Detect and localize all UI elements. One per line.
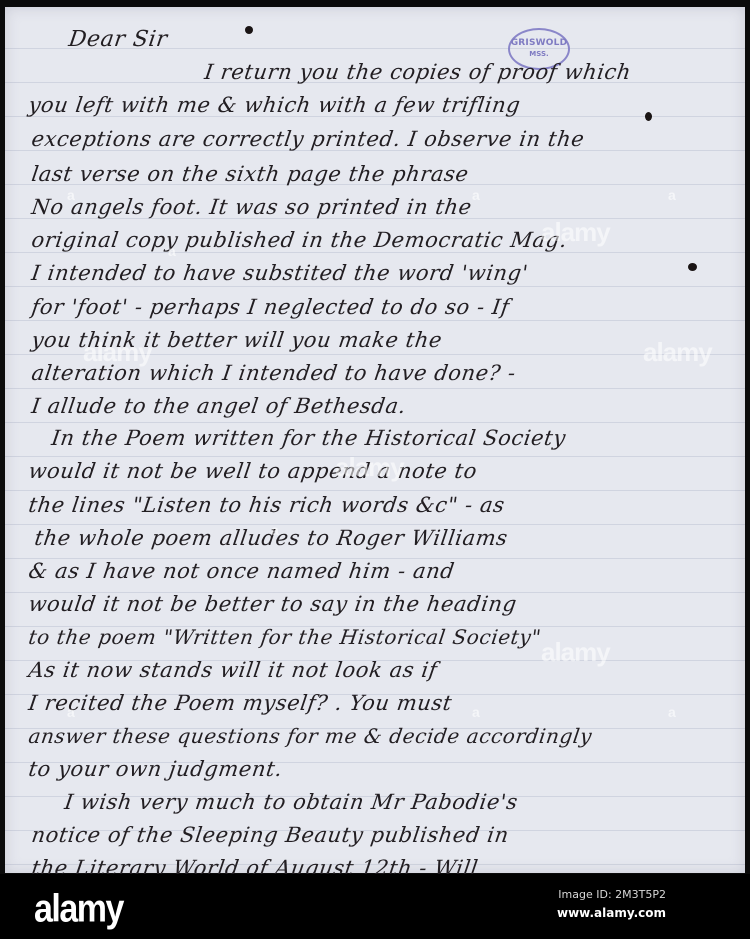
watermark-a: a bbox=[67, 187, 75, 203]
letter-line: answer these questions for me & decide a… bbox=[27, 724, 594, 748]
alamy-logo: alamy bbox=[34, 887, 123, 932]
watermark-a: a bbox=[271, 522, 279, 538]
letter-line: last verse on the sixth page the phrase bbox=[30, 162, 470, 186]
letter-line: I allude to the angel of Bethesda. bbox=[30, 394, 408, 418]
letter-line: I recited the Poem myself? . You must bbox=[27, 691, 454, 715]
letter-line: In the Poem written for the Historical S… bbox=[50, 426, 567, 450]
letter-page: GRISWOLD MSS. Dear Sir I return you the … bbox=[5, 7, 745, 873]
letter-line: you left with me & which with a few trif… bbox=[27, 93, 522, 117]
letter-line: No angels foot. It was so printed in the bbox=[30, 195, 473, 219]
letter-line: I return you the copies of proof which bbox=[203, 60, 633, 84]
watermark-alamy: alamy bbox=[643, 337, 712, 368]
letter-line: to your own judgment. bbox=[27, 757, 284, 781]
website-link[interactable]: www.alamy.com bbox=[557, 906, 666, 920]
letter-line: & as I have not once named him - and bbox=[27, 559, 456, 583]
watermark-a: a bbox=[472, 704, 480, 720]
letter-line: I wish very much to obtain Mr Pabodie's bbox=[63, 790, 520, 814]
stamp-line-2: MSS. bbox=[510, 51, 568, 58]
letter-line: would it not be better to say in the hea… bbox=[27, 592, 518, 616]
ink-blot bbox=[645, 112, 652, 121]
letter-line: original copy published in the Democrati… bbox=[30, 228, 569, 252]
letter-line: to the poem "Written for the Historical … bbox=[27, 625, 543, 649]
letter-line: I intended to have substited the word 'w… bbox=[30, 261, 530, 285]
letter-line: the lines "Listen to his rich words &c" … bbox=[27, 493, 506, 517]
watermark-a: a bbox=[472, 187, 480, 203]
watermark-a: a bbox=[668, 187, 676, 203]
ink-blot bbox=[688, 263, 697, 271]
letter-line: would it not be well to append a note to bbox=[27, 459, 479, 483]
watermark-a: a bbox=[67, 704, 75, 720]
stock-footer-bar: alamy Image ID: 2M3T5P2 www.alamy.com bbox=[0, 874, 750, 939]
watermark-alamy: alamy bbox=[335, 452, 404, 483]
letter-line: for 'foot' - perhaps I neglected to do s… bbox=[30, 295, 511, 319]
letter-line: notice of the Sleeping Beauty published … bbox=[30, 823, 510, 847]
watermark-alamy: alamy bbox=[83, 337, 152, 368]
letter-line: As it now stands will it not look as if bbox=[27, 658, 439, 682]
letter-salutation: Dear Sir bbox=[67, 27, 169, 52]
watermark-a: a bbox=[168, 243, 176, 259]
watermark-alamy: alamy bbox=[541, 217, 610, 248]
watermark-a: a bbox=[668, 704, 676, 720]
watermark-alamy: alamy bbox=[541, 637, 610, 668]
image-id-label: Image ID: 2M3T5P2 bbox=[558, 888, 666, 901]
ink-blot bbox=[245, 26, 253, 34]
stamp-line-1: GRISWOLD bbox=[510, 39, 568, 48]
letter-line: exceptions are correctly printed. I obse… bbox=[30, 127, 586, 151]
